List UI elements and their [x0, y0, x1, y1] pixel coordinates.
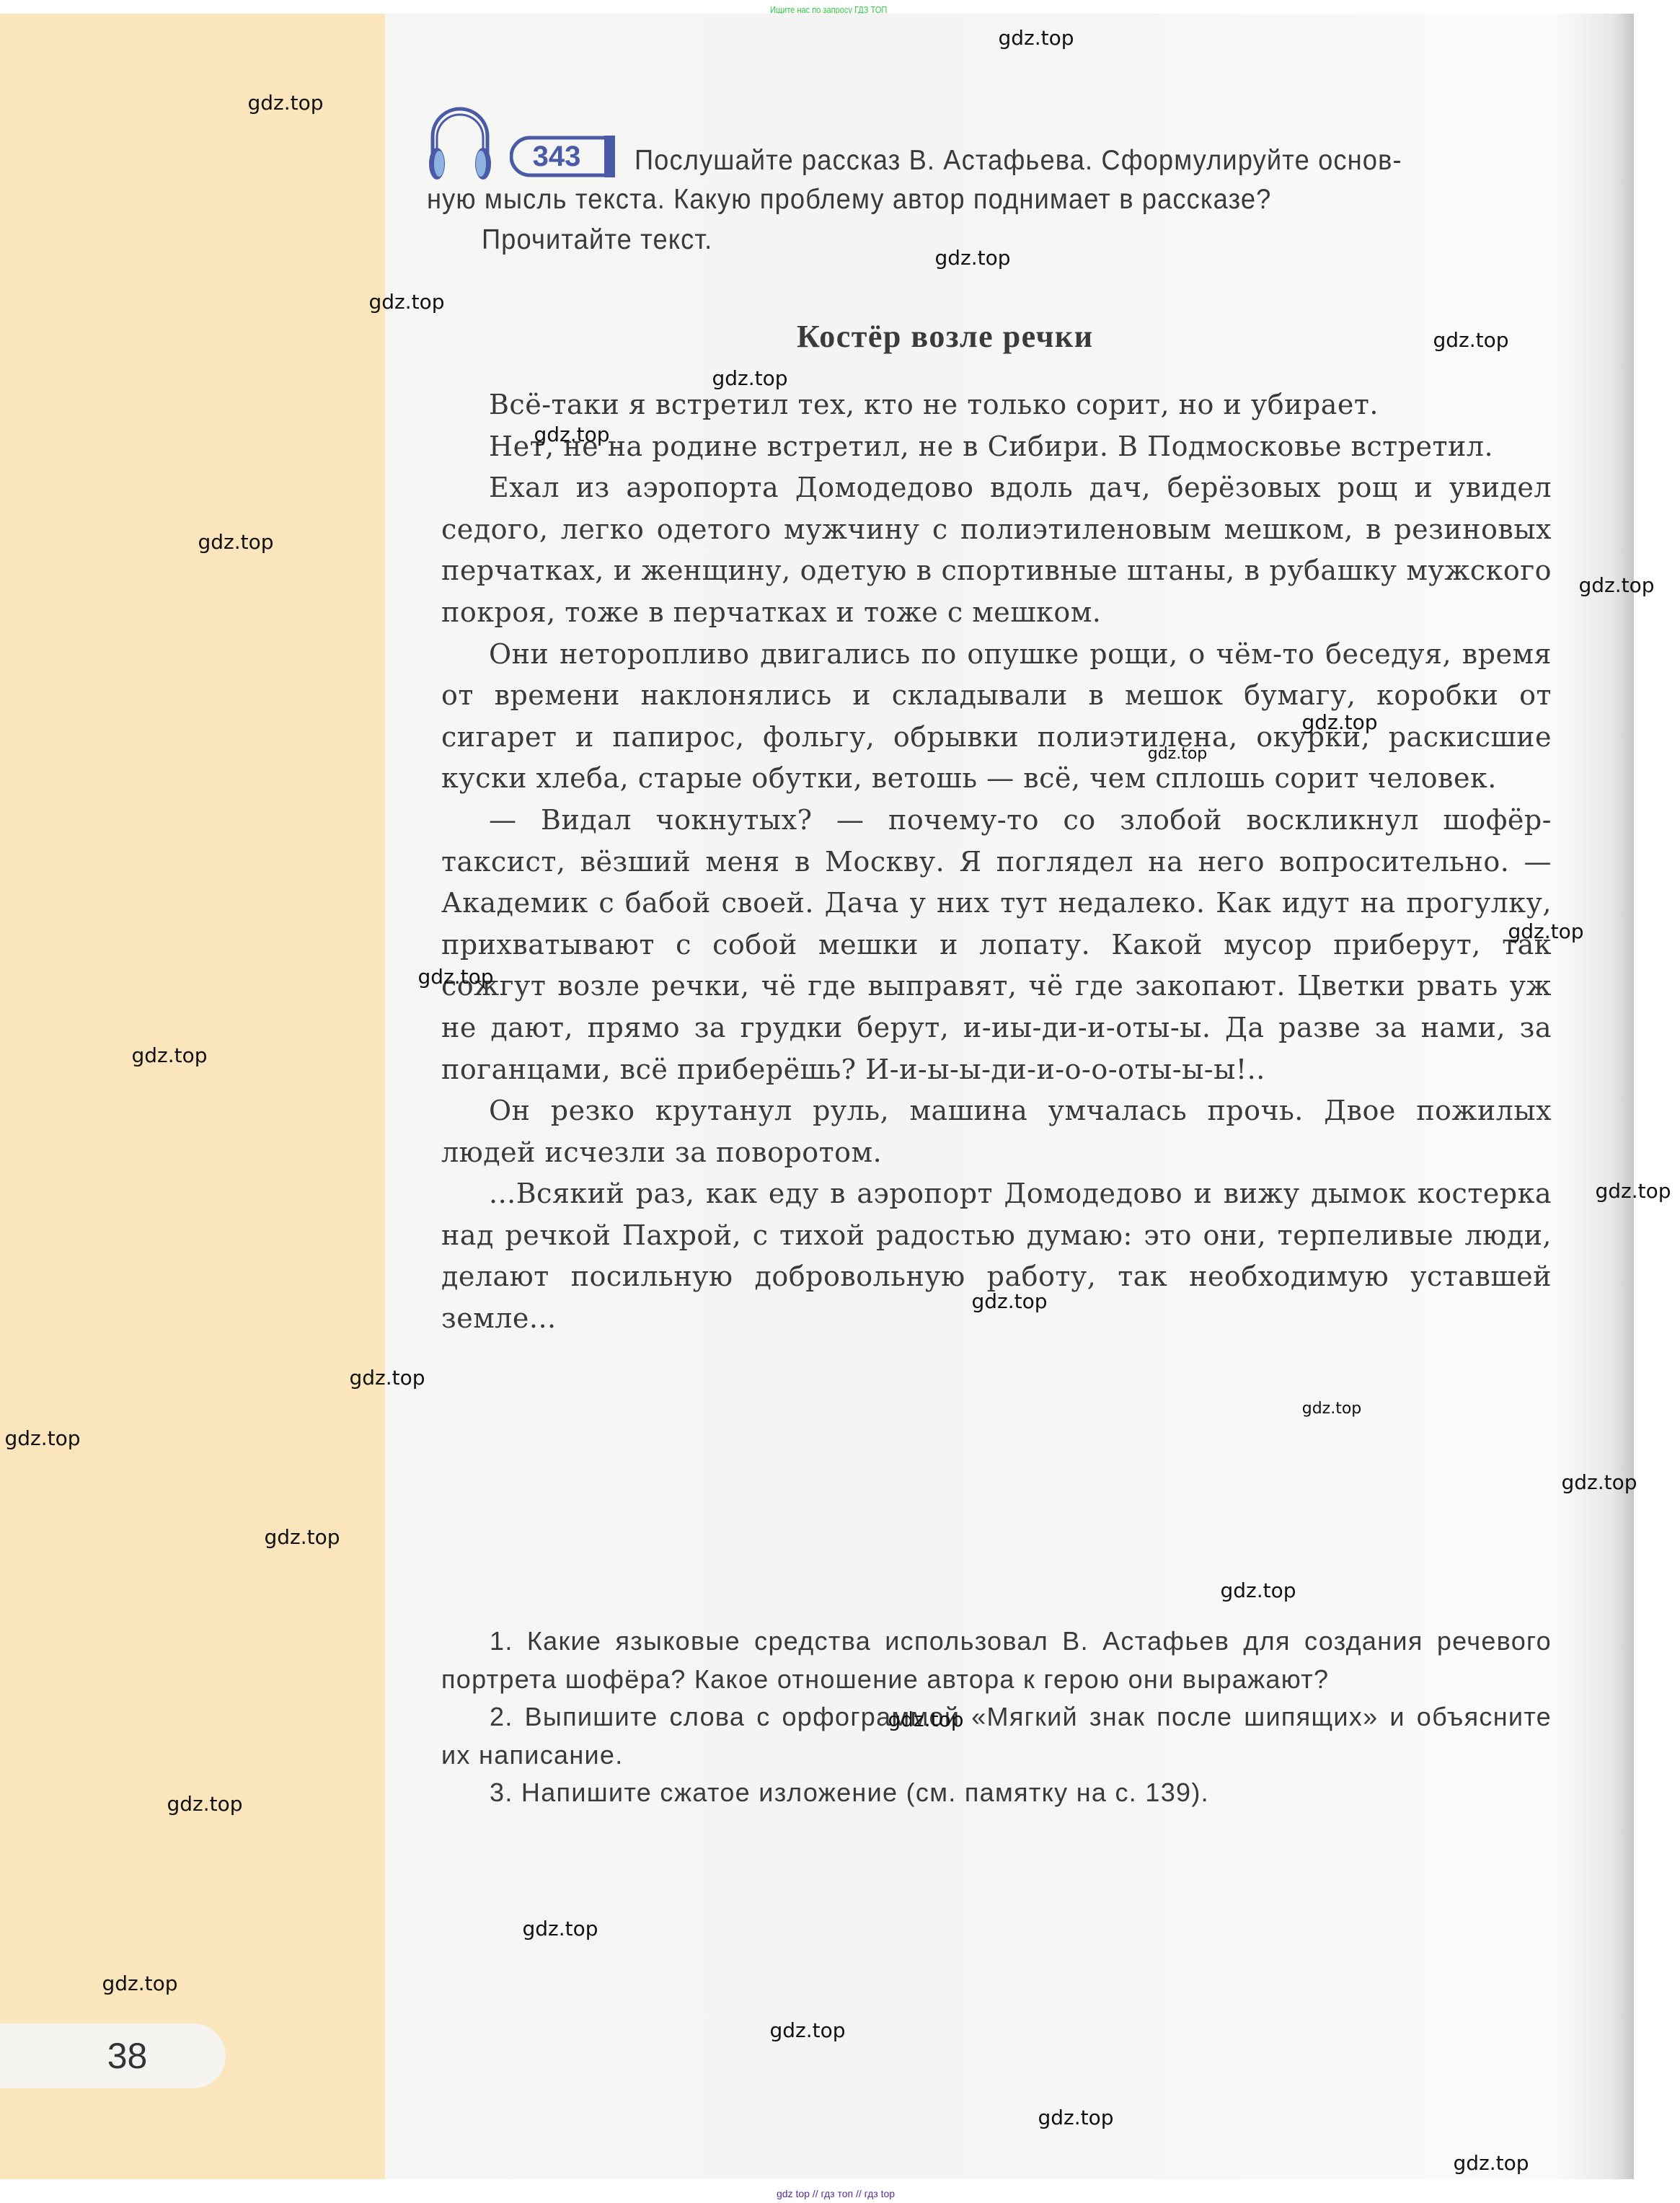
page-number-tab: 38 [0, 2023, 226, 2088]
task-instruction-line-3: Прочитайте текст. [482, 224, 712, 256]
task-number: 343 [510, 136, 604, 177]
watermark: gdz.top [1301, 712, 1377, 733]
watermark: gdz.top [1038, 2108, 1113, 2128]
story-paragraph: ...Всякий раз, как еду в аэропорт Домоде… [441, 1173, 1552, 1339]
watermark: gdz.top [1453, 2153, 1529, 2173]
watermark: gdz.top [131, 1046, 207, 1066]
watermark: gdz.top [417, 967, 493, 987]
watermark: gdz.top [1595, 1181, 1671, 1201]
watermark: gdz.top [1148, 746, 1208, 762]
watermark: gdz.top [102, 1974, 177, 1994]
question-item: 2. Выпишите слова с орфограммой «Мягкий … [441, 1698, 1552, 1774]
watermark: gdz.top [1561, 1473, 1637, 1493]
page-gutter-shadow [1612, 14, 1634, 2179]
page-number: 38 [0, 2023, 226, 2088]
watermark: gdz.top [1220, 1581, 1296, 1601]
task-number-badge: 343 [510, 136, 615, 177]
watermark: gdz.top [1578, 575, 1654, 596]
story-paragraph: Всё-таки я встретил тех, кто не только с… [441, 384, 1552, 426]
watermark: gdz.top [1302, 1401, 1362, 1417]
question-item: 3. Напишите сжатое изложение (см. памятк… [441, 1774, 1552, 1812]
watermark: gdz.top [4, 1429, 80, 1449]
watermark: gdz.top [522, 1919, 598, 1939]
watermark: gdz.top [712, 368, 787, 389]
watermark: gdz.top [264, 1527, 340, 1548]
watermark: gdz.top [1433, 330, 1508, 350]
watermark: gdz.top [534, 425, 609, 445]
page-margin-column [0, 14, 385, 2179]
story-paragraph: Он резко крутанул руль, машина умчалась … [441, 1090, 1552, 1173]
watermark: gdz.top [198, 532, 273, 552]
task-instruction-line-1: Послушайте рассказ В. Астафьева. Сформул… [635, 145, 1402, 177]
question-item: 1. Какие языковые средства использовал В… [441, 1623, 1552, 1698]
questions-list: 1. Какие языковые средства использовал В… [441, 1623, 1552, 1812]
watermark: gdz.top [769, 2021, 845, 2041]
watermark: gdz.top [349, 1368, 425, 1388]
watermark: gdz.top [368, 292, 444, 312]
story-paragraph: — Видал чокнутых? — почему-то со злобой … [441, 800, 1552, 1090]
task-instruction-line-2: ную мысль текста. Какую проблему автор п… [427, 184, 1271, 216]
watermark: gdz.top [247, 93, 323, 113]
bottom-footer: gdz top // гдз топ // гдз top [777, 2188, 895, 2199]
story-paragraph: Они неторопливо двигались по опушке рощи… [441, 634, 1552, 800]
watermark: gdz.top [934, 248, 1010, 268]
story-paragraph: Ехал из аэропорта Домодедово вдоль дач, … [441, 467, 1552, 633]
watermark: gdz.top [971, 1292, 1047, 1312]
story-body: Всё-таки я встретил тех, кто не только с… [441, 384, 1552, 1340]
headphones-icon [427, 102, 493, 181]
watermark: gdz.top [1508, 922, 1583, 942]
watermark: gdz.top [998, 28, 1074, 48]
story-title: Костёр возле речки [797, 318, 1094, 355]
watermark: gdz.top [888, 1710, 963, 1730]
watermark: gdz.top [167, 1794, 242, 1814]
